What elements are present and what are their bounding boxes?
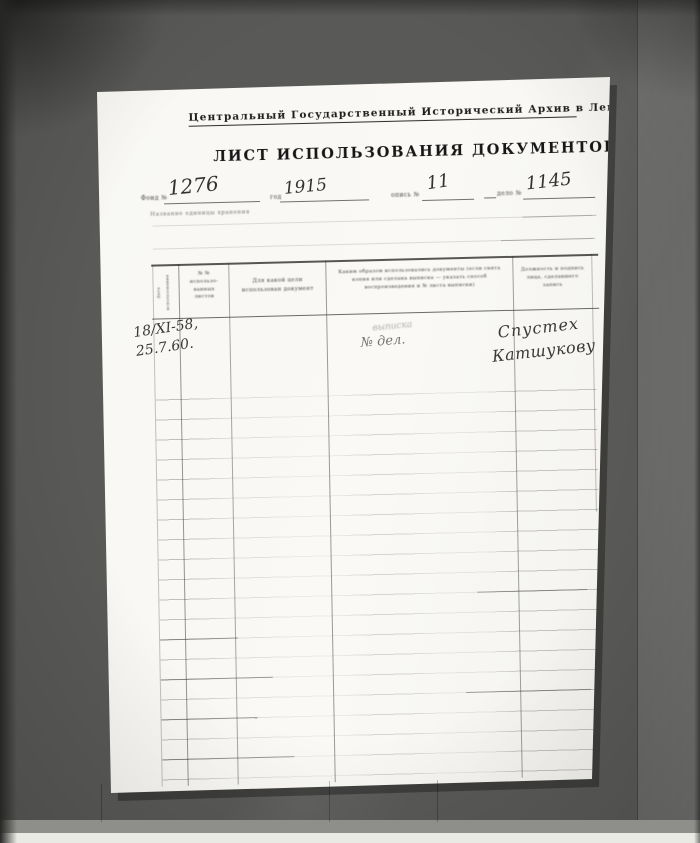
- background-crease: [437, 780, 438, 822]
- bottom-gray-band: [0, 820, 700, 833]
- background-crease: [329, 781, 330, 822]
- bottom-white-band: [0, 833, 700, 843]
- background-right-edge-shade: [694, 0, 700, 843]
- background-left-edge-shade: [0, 0, 17, 843]
- background-crease: [101, 784, 102, 822]
- background-vignette: [0, 0, 700, 843]
- photo-background: Центральный Государственный Исторический…: [0, 0, 700, 843]
